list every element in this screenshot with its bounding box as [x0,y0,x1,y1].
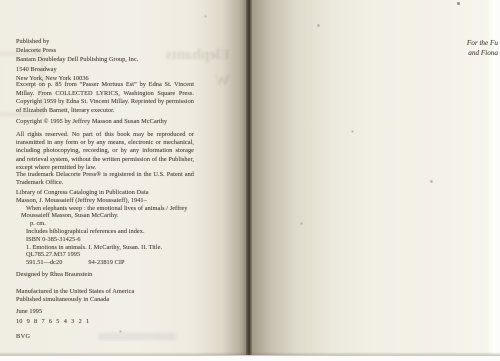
dedication: For the Fu and Fiona [467,39,498,59]
text-line: and retrieval system, without the writte… [16,156,194,164]
rights-block: All rights reserved. No part of this boo… [16,131,194,172]
print-date-line: June 1995 [16,308,194,316]
trademark-block: The trademark Delacorte Press® is regist… [16,171,194,187]
show-through-smudge [98,333,176,340]
page-bottom-edge [0,352,500,356]
cip-heading: Library of Congress Cataloging in Public… [16,189,194,197]
text-line: Published by [16,37,194,46]
dedication-line: and Fiona [467,49,498,59]
text-line: The trademark Delacorte Press® is regist… [16,171,194,179]
designer-line: Designed by Rhea Braunstein [16,271,194,279]
text-line: 1. Emotions in animals. I. McCarthy, Sus… [16,244,194,252]
lc-call-number-line: QL785.27.M37 1995 [16,251,194,259]
dewey-lccn-line: 591.51—dc2094-23819 CIP [16,259,194,267]
text-line: Delacorte Press [16,46,194,55]
text-line: of Elizabeth Barnett, literary executor. [16,107,194,116]
text-line: Millay. From COLLECTED LYRICS, Washingto… [16,90,194,99]
text-line: June 1995 [16,308,194,316]
lccn-number: 94-23819 CIP [88,259,124,266]
left-page: Elephants W Published by Delacorte Press… [0,0,247,355]
dedication-line: For the Fu [467,39,498,49]
text-line: Includes bibliographical references and … [16,228,194,236]
text-line: Copyright 1959 by Edna St. Vincent Milla… [16,98,194,107]
excerpt-credit-block: Excerpt on p. 85 from “Passer Mortuus Es… [16,81,194,116]
cataloging-in-publication-block: Library of Congress Cataloging in Public… [16,189,194,267]
text-line: Masson, J. Moussaieff (Jeffrey Moussaief… [16,197,194,205]
text-line: Excerpt on p. 85 from “Passer Mortuus Es… [16,81,194,90]
text-line: Published simultaneously in Canada [16,296,194,304]
right-page [252,0,495,355]
text-line: Copyright © 1995 by Jeffrey Masson and S… [16,118,194,126]
text-line: Trademark Office. [16,179,194,187]
isbn-line: ISBN 0-385-31425-6 [16,236,194,244]
book-photo: Elephants W Published by Delacorte Press… [0,0,500,361]
text-line: Designed by Rhea Braunstein [16,271,194,279]
text-line: All rights reserved. No part of this boo… [16,131,194,139]
dewey-number: 591.51—dc20 [26,259,62,266]
copyright-line: Copyright © 1995 by Jeffrey Masson and S… [16,118,194,126]
text-line: p. cm. [16,220,194,228]
photo-dust-specks [0,0,1,1]
printing-number-line: 10 9 8 7 6 5 4 3 2 1 [16,318,194,326]
text-line: Bantam Doubleday Dell Publishing Group, … [16,55,194,64]
text-line: 1540 Broadway [16,65,194,74]
text-line: including photocopying, recording, or by… [16,147,194,155]
manufactured-block: Manufactured in the United States of Ame… [16,288,194,304]
publisher-block: Published by Delacorte Press Bantam Doub… [16,37,194,83]
text-line: Moussaieff Masson, Susan McCarthy. [16,212,194,220]
text-line: Manufactured in the United States of Ame… [16,288,194,296]
book-spread: Elephants W Published by Delacorte Press… [0,0,500,355]
text-line: 10 9 8 7 6 5 4 3 2 1 [16,318,194,326]
